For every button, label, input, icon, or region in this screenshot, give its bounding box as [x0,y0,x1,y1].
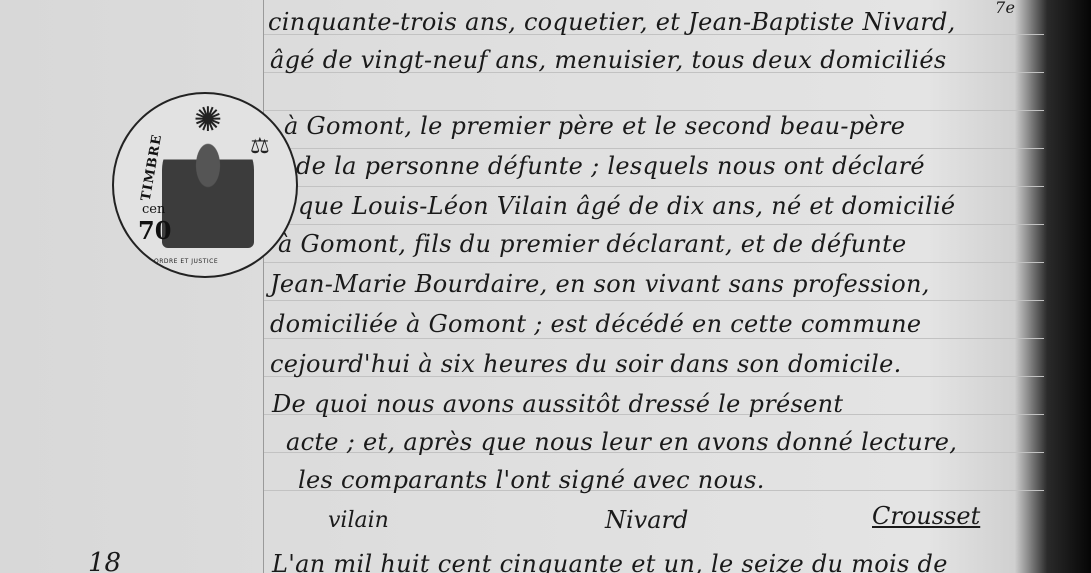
scales-icon: ⚖ [250,134,270,159]
text-line: cinquante-trois ans, coquetier, et Jean-… [268,8,956,36]
text-line: domiciliée à Gomont ; est décédé en cett… [270,310,921,338]
text-line: âgé de vingt-neuf ans, menuisier, tous d… [270,46,946,74]
entry-number: 18 [88,548,121,573]
stamp-motto: ORDRE ET JUSTICE [154,258,218,265]
signature-nivard: Nivard [605,506,688,534]
text-line: de la personne défunte ; lesquels nous o… [296,152,925,180]
register-page: 7e cinquante-trois ans, coquetier, et Je… [0,0,1091,573]
stamp-value: 70 [138,216,171,245]
text-line: les comparants l'ont signé avec nous. [298,466,765,494]
ruled-line [264,224,1044,225]
seated-figure-icon [162,130,254,248]
text-line: cejourd'hui à six heures du soir dans so… [270,350,902,378]
ruled-line [264,148,1044,149]
ruled-line [264,186,1044,187]
text-line: De quoi nous avons aussitôt dressé le pr… [272,390,843,418]
signature-vilain: vilain [328,508,389,533]
ruled-line [264,300,1044,301]
text-line: à Gomont, le premier père et le second b… [284,84,905,140]
text-line: acte ; et, après que nous leur en avons … [286,428,957,456]
text-line: que Louis-Léon Vilain âgé de dix ans, né… [298,192,955,220]
stamp-unit: cen [142,202,165,217]
tax-stamp: ✺ ⚖ TIMBRE cen 70 ORDRE ET JUSTICE [112,92,298,278]
interlinear-note: 7e [995,0,1015,17]
margin-rule [263,0,264,573]
ruled-line [264,262,1044,263]
text-line: Jean-Marie Bourdaire, en son vivant sans… [270,270,930,298]
signature-officer: Crousset [872,502,980,530]
ruled-line [264,338,1044,339]
next-entry-line: L'an mil huit cent cinquante et un, le s… [272,550,948,573]
text-line: à Gomont, fils du premier déclarant, et … [278,230,907,258]
